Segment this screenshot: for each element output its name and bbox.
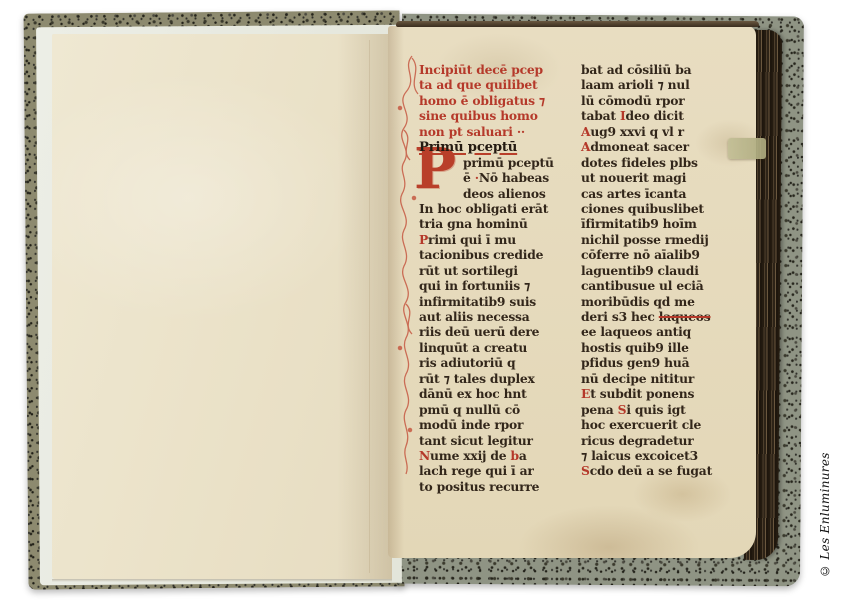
manuscript-line: tacionibus credide	[419, 247, 579, 262]
manuscript-line: sine quibus homo	[419, 108, 579, 123]
manuscript-line: pena Si quis igt	[581, 402, 741, 417]
rubric-text: A	[581, 139, 590, 154]
ink-text: moribūdis qd me	[581, 294, 695, 309]
manuscript-line: Primū pceptū	[419, 139, 579, 154]
manuscript-line: Scdo deū a se fugat	[581, 463, 741, 478]
ink-text: a	[519, 448, 527, 463]
ink-text: primū pceptū	[463, 155, 554, 170]
ink-text: deri s3 hec	[581, 309, 659, 324]
ink-text: bat ad cōsiliū ba	[581, 62, 691, 77]
manuscript-line: ris adiutoriū q	[419, 355, 579, 370]
manuscript-line: ē ·Nō habeas	[419, 170, 579, 185]
manuscript-line: ee laqueos antiq	[581, 324, 741, 339]
ink-text: ē	[463, 170, 475, 185]
ink-text: ciones quibuslibet	[581, 201, 704, 216]
ink-text: deos alienos	[463, 186, 546, 201]
ink-text: linquūt a creatu	[419, 340, 527, 355]
ink-text: dotes fideles plbs	[581, 155, 698, 170]
ink-text: tria gna hominū	[419, 216, 528, 231]
ink-text: ricus degradetur	[581, 433, 694, 448]
ink-text: ug9 xxvi q vl r	[590, 124, 684, 139]
manuscript-line: In hoc obligati erāt	[419, 201, 579, 216]
ink-text: ee laqueos antiq	[581, 324, 691, 339]
rubric-text: ta ad que quilibet	[419, 77, 537, 92]
manuscript-line: ricus degradetur	[581, 433, 741, 448]
ink-text: modū inde rpor	[419, 417, 523, 432]
manuscript-line: qui in fortuniis ⁊	[419, 278, 579, 293]
manuscript-line: Nume xxij de ba	[419, 448, 579, 463]
manuscript-line: dānū ex hoc hnt	[419, 386, 579, 401]
ink-text: ris adiutoriū q	[419, 355, 515, 370]
manuscript-line: ciones quibuslibet	[581, 201, 741, 216]
manuscript-line: aut aliis necessa	[419, 309, 579, 324]
manuscript-photo: P Incipiūt decē pcepta ad que quilibetho…	[0, 0, 842, 600]
ink-text: cōferre nō aīalib9	[581, 247, 700, 262]
manuscript-line: tant sicut legitur	[419, 433, 579, 448]
manuscript-line: ut nouerit magi	[581, 170, 741, 185]
manuscript-line: pmū q nullū cō	[419, 402, 579, 417]
ink-text: rūt ⁊ tales duplex	[419, 371, 535, 386]
ink-text: In hoc obligati erāt	[419, 201, 548, 216]
ink-text: tant sicut legitur	[419, 433, 533, 448]
rubric-text: sine quibus homo	[419, 108, 538, 123]
ink-text: ut nouerit magi	[581, 170, 686, 185]
manuscript-line: īfirmitatib9 hoīm	[581, 216, 741, 231]
ink-text: laguentib9 claudi	[581, 263, 699, 278]
manuscript-line: cantibusue ul eciā	[581, 278, 741, 293]
ink-text: ume xxij de	[430, 448, 510, 463]
rubric-text: homo ē obligatus ⁊	[419, 93, 545, 108]
text-column-left: Incipiūt decē pcepta ad que quilibethomo…	[419, 62, 579, 494]
manuscript-line: dotes fideles plbs	[581, 155, 741, 170]
ink-text: dmoneat sacer	[590, 139, 689, 154]
manuscript-line: homo ē obligatus ⁊	[419, 93, 579, 108]
manuscript-line: Aug9 xxvi q vl r	[581, 124, 741, 139]
text-column-right: bat ad cōsiliū balaam arioli ⁊ nullū cōm…	[581, 62, 741, 479]
manuscript-line: cas artes īcanta	[581, 186, 741, 201]
manuscript-line: hoc exercuerit cle	[581, 417, 741, 432]
rubric-text: P	[419, 232, 428, 247]
ink-text: pfidus gen9 huā	[581, 355, 689, 370]
manuscript-line: ⁊ laicus excoicet3	[581, 448, 741, 463]
parchment-index-tab	[728, 138, 766, 159]
rubric-text: b	[510, 448, 518, 463]
ink-text: īfirmitatib9 hoīm	[581, 216, 697, 231]
manuscript-line: cōferre nō aīalib9	[581, 247, 741, 262]
manuscript-line: linquūt a creatu	[419, 340, 579, 355]
ink-text: aut aliis necessa	[419, 309, 530, 324]
ink-text: pmū q nullū cō	[419, 402, 520, 417]
manuscript-line: riis deū uerū dere	[419, 324, 579, 339]
ink-text: tacionibus credide	[419, 247, 543, 262]
manuscript-line: nichil posse rmedij	[581, 232, 741, 247]
ink-text: deo dicit	[626, 108, 684, 123]
manuscript-line: tabat Ideo dicit	[581, 108, 741, 123]
rubric-text: N	[419, 448, 430, 463]
ink-text: nū decipe nititur	[581, 371, 694, 386]
manuscript-line: modū inde rpor	[419, 417, 579, 432]
ink-text: tabat	[581, 108, 620, 123]
manuscript-line: moribūdis qd me	[581, 294, 741, 309]
rubric-text: non pt saluari ··	[419, 124, 525, 139]
ink-text: dānū ex hoc hnt	[419, 386, 527, 401]
ink-text: pena	[581, 402, 618, 417]
rubric-text: Incipiūt decē pcep	[419, 62, 543, 77]
ink-text: riis deū uerū dere	[419, 324, 539, 339]
ink-text: ⁊ laicus excoicet3	[581, 448, 698, 463]
photo-credit: © Les Enluminures	[818, 438, 832, 578]
ink-text: rimi qui ī mu	[428, 232, 516, 247]
manuscript-line: rūt ⁊ tales duplex	[419, 371, 579, 386]
manuscript-line: lach rege qui ī ar	[419, 463, 579, 478]
manuscript-line: deri s3 hec laqueos	[581, 309, 741, 324]
manuscript-line: lū cōmodū rpor	[581, 93, 741, 108]
rubric-text: S	[618, 402, 627, 417]
manuscript-line: tria gna hominū	[419, 216, 579, 231]
manuscript-line: to positus recurre	[419, 479, 579, 494]
manuscript-line: infirmitatib9 suis	[419, 294, 579, 309]
ink-text: to positus recurre	[419, 479, 539, 494]
ink-text: hoc exercuerit cle	[581, 417, 701, 432]
rubric-text: Primū pceptū	[419, 140, 517, 155]
ink-text: laqueos	[659, 309, 711, 324]
ink-text: nichil posse rmedij	[581, 232, 709, 247]
ink-text: t subdit ponens	[590, 386, 694, 401]
manuscript-line: Incipiūt decē pcep	[419, 62, 579, 77]
manuscript-line: bat ad cōsiliū ba	[581, 62, 741, 77]
ink-text: infirmitatib9 suis	[419, 294, 536, 309]
ink-text: cdo deū a se fugat	[590, 463, 712, 478]
ink-text: laam arioli ⁊ nul	[581, 77, 690, 92]
manuscript-line: Primi qui ī mu	[419, 232, 579, 247]
manuscript-line: primū pceptū	[419, 155, 579, 170]
manuscript-line: nū decipe nititur	[581, 371, 741, 386]
manuscript-line: Et subdit ponens	[581, 386, 741, 401]
ink-text: cas artes īcanta	[581, 186, 686, 201]
blank-left-page	[52, 34, 392, 579]
ink-text: qui in fortuniis ⁊	[419, 278, 530, 293]
ink-text: lach rege qui ī ar	[419, 463, 534, 478]
rubric-text: S	[581, 463, 590, 478]
manuscript-line: ta ad que quilibet	[419, 77, 579, 92]
ink-text: hostis quib9 ille	[581, 340, 689, 355]
manuscript-line: laguentib9 claudi	[581, 263, 741, 278]
ink-text: cantibusue ul eciā	[581, 278, 704, 293]
manuscript-line: Admoneat sacer	[581, 139, 741, 154]
text-page: P Incipiūt decē pcepta ad que quilibetho…	[388, 26, 756, 558]
rubric-text: A	[581, 124, 590, 139]
manuscript-line: non pt saluari ··	[419, 124, 579, 139]
manuscript-line: pfidus gen9 huā	[581, 355, 741, 370]
ink-text: rūt ut sortilegi	[419, 263, 518, 278]
rubric-text: E	[581, 386, 590, 401]
manuscript-line: rūt ut sortilegi	[419, 263, 579, 278]
manuscript-line: deos alienos	[419, 186, 579, 201]
ink-text: Nō habeas	[479, 170, 549, 185]
manuscript-line: laam arioli ⁊ nul	[581, 77, 741, 92]
ink-text: lū cōmodū rpor	[581, 93, 685, 108]
manuscript-line: hostis quib9 ille	[581, 340, 741, 355]
ink-text: i quis igt	[626, 402, 685, 417]
